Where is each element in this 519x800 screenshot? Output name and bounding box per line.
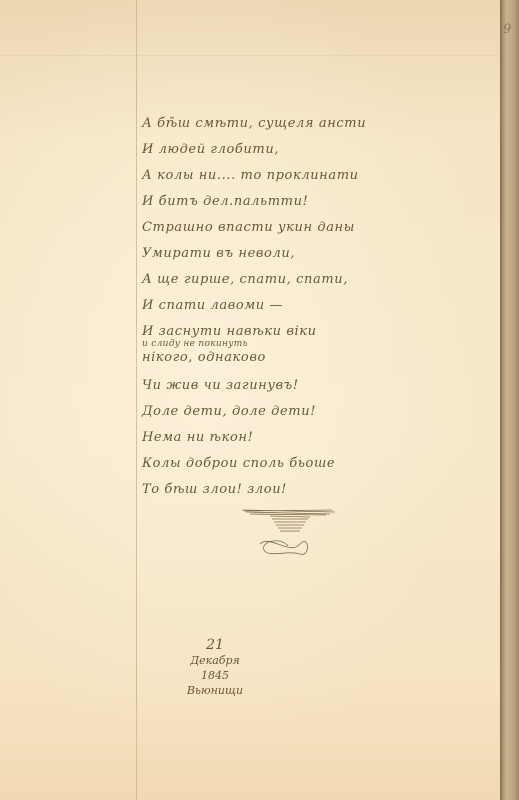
poem-line: Нема ни ѣкон!	[142, 430, 253, 446]
poem-line: Доле дети, доле дети!	[142, 404, 316, 420]
poem-line: нiкого, однаково	[142, 350, 266, 366]
manuscript-page: 9 А бѣ̆ш смѣти, сущеля ансти И людей гло…	[0, 0, 519, 800]
date-month: Декабря	[170, 653, 260, 668]
top-rule	[0, 55, 500, 56]
poem-line: Умирати въ неволи,	[142, 246, 295, 262]
poem-line: То бѣш злои! злои!	[142, 482, 287, 498]
poem-line: Страшно впасти укин даны	[142, 220, 355, 236]
poem-line: А бѣ̆ш смѣти, сущеля ансти	[142, 116, 366, 132]
poem-line: А колы ни.... то проклинати	[142, 168, 359, 184]
page-number: 9	[503, 22, 511, 37]
poem-interlinear-note: и слиду не покинуть	[142, 339, 248, 349]
poem-line: А ще гирше, спати, спати,	[142, 272, 348, 288]
date-day: 21	[170, 638, 260, 653]
poem-line: Чи жив чи загинувъ!	[142, 378, 299, 394]
ornamental-flourish-icon	[240, 506, 340, 566]
place-name: Вьюнищи	[170, 683, 260, 698]
book-binding-edge	[500, 0, 519, 800]
poem-line: И людей глобити,	[142, 142, 279, 158]
poem-line: И спати лавоми —	[142, 298, 283, 314]
poem-line: И битъ дел.пальтти!	[142, 194, 308, 210]
margin-rule	[136, 0, 137, 800]
poem-line: Колы доброи споль бьоше	[142, 456, 335, 472]
poem-line: И заснути навѣки вiки	[142, 324, 317, 340]
date-signature: 21 Декабря 1845 Вьюнищи	[170, 638, 260, 698]
date-year: 1845	[170, 668, 260, 683]
